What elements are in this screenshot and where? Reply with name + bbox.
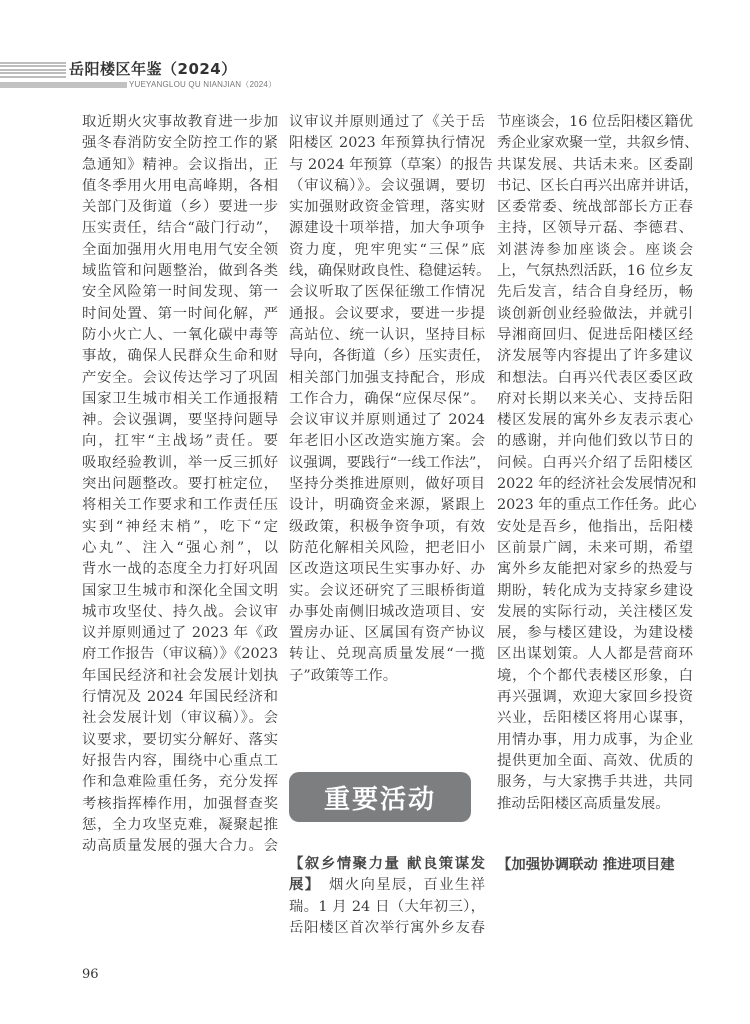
text-line: 子”政策等工作。 [289, 666, 485, 687]
text-line: 与 2024 年预算（草案）的报告 [289, 155, 485, 176]
text-line: 议强调，要践行“一线工作法”， [289, 453, 485, 474]
text-line: 行情况及 2024 年国民经济和 [82, 687, 278, 708]
text-line: 相关部门加强支持配合，形成 [289, 368, 485, 389]
text-line: （审议稿）》。会议强调，要切 [289, 176, 485, 197]
text-line: 防范化解相关风险，把老旧小 [289, 538, 485, 559]
text-line: 吸取经验教训，举一反三抓好 [82, 453, 278, 474]
page-number: 96 [82, 967, 99, 982]
text-line: 城市攻坚仗、持久战。会议审 [82, 602, 278, 623]
text-column-3: 节座谈会，16 位岳阳楼区籍优秀企业家欢聚一堂，共叙乡情、共谋发展、共话未来。区… [497, 112, 693, 876]
text-line: 展】 烟火向星辰，百业生祥 [289, 875, 485, 896]
text-line: 服务，与大家携手共进，共同 [497, 772, 693, 793]
paragraph-gap [497, 815, 693, 855]
text-line: 动高质量发展的强大合力。会 [82, 836, 278, 857]
text-line: 背水一战的态度全力打好巩固 [82, 559, 278, 580]
text-line: 府工作报告（审议稿）》《2023 [82, 644, 278, 665]
text-line: 实到“神经末梢”，吃下“定 [82, 517, 278, 538]
text-line: 提供更加全面、高效、优质的 [497, 751, 693, 772]
text-line: 国家卫生城市相关工作通报精 [82, 389, 278, 410]
text-line: 楼区发展的寓外乡友表示衷心 [497, 410, 693, 431]
text-line: 刘湛涛参加座谈会。座谈会 [497, 240, 693, 261]
text-line: 共谋发展、共话未来。区委副 [497, 155, 693, 176]
text-line: 急通知》精神。会议指出，正 [82, 155, 278, 176]
text-line: 级政策，积极争资争项，有效 [289, 517, 485, 538]
text-line: 节座谈会，16 位岳阳楼区籍优 [497, 112, 693, 133]
section-title-badge: 重要活动 [289, 772, 471, 822]
text-line: 强冬春消防安全防控工作的紧 [82, 133, 278, 154]
text-line: 社会发展计划（审议稿）》。会 [82, 708, 278, 729]
text-line: 时间处置、第一时间化解，严 [82, 304, 278, 325]
text-line: 关部门及街道（乡）要进一步 [82, 197, 278, 218]
running-header-subtitle: YUEYANGLOU QU NIANJIAN（2024） [129, 79, 276, 90]
text-line: 坚持分类推进原则，做好项目 [289, 474, 485, 495]
text-line: 好报告内容，围绕中心重点工 [82, 751, 278, 772]
text-line: 阳楼区 2023 年预算执行情况 [289, 133, 485, 154]
text-line: 年国民经济和社会发展计划执 [82, 666, 278, 687]
text-line: 取近期火灾事故教育进一步加 [82, 112, 278, 133]
text-line: 实加强财政资金管理，落实财 [289, 197, 485, 218]
text-line: 区委常委、统战部部长方正春 [497, 197, 693, 218]
running-header-title: 岳阳楼区年鉴（2024） [69, 58, 237, 79]
text-line: 境，个个都代表楼区形象，白 [497, 666, 693, 687]
text-line: 实。会议还研究了三眼桥街道 [289, 581, 485, 602]
text-line: 的感谢，并向他们致以节日的 [497, 431, 693, 452]
text-line: 议审议并原则通过了《关于岳 [289, 112, 485, 133]
text-line: 导湘商回归、促进岳阳楼区经 [497, 325, 693, 346]
text-line: 导向，各街道（乡）压实责任， [289, 346, 485, 367]
text-line: 问候。白再兴介绍了岳阳楼区 [497, 453, 693, 474]
text-line: 将相关工作要求和工作责任压 [82, 495, 278, 516]
text-line: 作和急难险重任务，充分发挥 [82, 772, 278, 793]
text-line: 考核指挥棒作用，加强督查奖 [82, 794, 278, 815]
text-line: 向，扛牢“主战场”责任。要 [82, 431, 278, 452]
text-line: 神。会议强调，要坚持问题导 [82, 410, 278, 431]
text-line: 推动岳阳楼区高质量发展。 [497, 794, 693, 815]
body-text: 烟火向星辰，百业生祥 [313, 877, 485, 893]
text-line: 会议审议并原则通过了 2024 [289, 410, 485, 431]
text-line: 安全风险第一时间发现、第一 [82, 282, 278, 303]
header-stripes-decoration [0, 62, 66, 77]
text-line: 再兴强调，欢迎大家回乡投资 [497, 687, 693, 708]
text-line: 济发展等内容提出了许多建议 [497, 346, 693, 367]
text-line: 兴业，岳阳楼区将用心谋事， [497, 708, 693, 729]
text-line: 主持，区领导亓磊、李德君、 [497, 218, 693, 239]
text-line: 上，气氛热烈活跃，16 位乡友 [497, 261, 693, 282]
text-line: 域监管和问题整治，做到各类 [82, 261, 278, 282]
text-line: 压实责任，结合“敲门行动”， [82, 218, 278, 239]
text-line: 瑞。1 月 24 日（大年初三）， [289, 897, 485, 918]
text-line: 议要求，要切实分解好、落实 [82, 730, 278, 751]
text-line: 值冬季用火用电高峰期，各相 [82, 176, 278, 197]
text-column-1: 取近期火灾事故教育进一步加强冬春消防安全防控工作的紧急通知》精神。会议指出，正值… [82, 112, 278, 857]
text-line: 办事处南侧旧城改造项目、安 [289, 602, 485, 623]
text-line: 防小火亡人、一氧化碳中毒等 [82, 325, 278, 346]
text-line: 国家卫生城市和深化全国文明 [82, 581, 278, 602]
text-line: 寓外乡友能把对家乡的热爱与 [497, 559, 693, 580]
text-line: 事故，确保人民群众生命和财 [82, 346, 278, 367]
subsection-heading-end: 展】 [289, 877, 313, 893]
text-line: 工作合力，确保“应保尽保”。 [289, 389, 485, 410]
text-line: 用情办事，用力成事，为企业 [497, 730, 693, 751]
header-bar-decoration [0, 82, 127, 88]
text-line: 书记、区长白再兴出席并讲话， [497, 176, 693, 197]
text-line: 心丸”、注入“强心剂”，以 [82, 538, 278, 559]
text-line: 期盼，转化成为支持家乡建设 [497, 581, 693, 602]
text-line: 年老旧小区改造实施方案。会 [289, 431, 485, 452]
text-line: 区出谋划策。人人都是营商环 [497, 644, 693, 665]
text-line: 府对长期以来关心、支持岳阳 [497, 389, 693, 410]
text-line: 【叙乡情聚力量 献良策谋发 [289, 854, 485, 875]
text-line: 通报。会议要求，要进一步提 [289, 304, 485, 325]
text-line: 发展的实际行动，关注楼区发 [497, 602, 693, 623]
text-line: 展，参与楼区建设，为建设楼 [497, 623, 693, 644]
text-line: 源建设十项举措，加大争项争 [289, 218, 485, 239]
text-line: 线，确保财政良性、稳健运转。 [289, 261, 485, 282]
text-column-2-continued: 【叙乡情聚力量 献良策谋发展】 烟火向星辰，百业生祥瑞。1 月 24 日（大年初… [289, 854, 485, 939]
text-column-2: 议审议并原则通过了《关于岳阳楼区 2023 年预算执行情况与 2024 年预算（… [289, 112, 485, 687]
text-line: 全面加强用火用电用气安全领 [82, 240, 278, 261]
text-line: 议并原则通过了 2023 年《政 [82, 623, 278, 644]
text-line: 转让、兑现高质量发展“一揽 [289, 644, 485, 665]
text-line: 产安全。会议传达学习了巩固 [82, 368, 278, 389]
text-line: 突出问题整改。要打桩定位， [82, 474, 278, 495]
text-line: 和想法。白再兴代表区委区政 [497, 368, 693, 389]
text-line: 2022 年的经济社会发展情况和 [497, 474, 693, 495]
text-line: 安处是吾乡，他指出，岳阳楼 [497, 517, 693, 538]
text-line: 置房办证、区属国有资产协议 [289, 623, 485, 644]
text-line: 岳阳楼区首次举行寓外乡友春 [289, 918, 485, 939]
text-line: 会议听取了医保征缴工作情况 [289, 282, 485, 303]
text-line: 秀企业家欢聚一堂，共叙乡情、 [497, 133, 693, 154]
text-line: 先后发言，结合自身经历，畅 [497, 282, 693, 303]
text-line: 设计，明确资金来源，紧跟上 [289, 495, 485, 516]
text-line: 谈创新创业经验做法，并就引 [497, 304, 693, 325]
text-line: 惩，全力攻坚克难，凝聚起推 [82, 815, 278, 836]
text-line: 资力度，兜牢兜实“三保”底 [289, 240, 485, 261]
text-line: 区改造这项民生实事办好、办 [289, 559, 485, 580]
subsection-heading: 【加强协调联动 推进项目建 [497, 855, 693, 876]
text-line: 高站位、统一认识，坚持目标 [289, 325, 485, 346]
text-line: 区前景广阔，未来可期，希望 [497, 538, 693, 559]
text-line: 2023 年的重点工作任务。此心 [497, 495, 693, 516]
